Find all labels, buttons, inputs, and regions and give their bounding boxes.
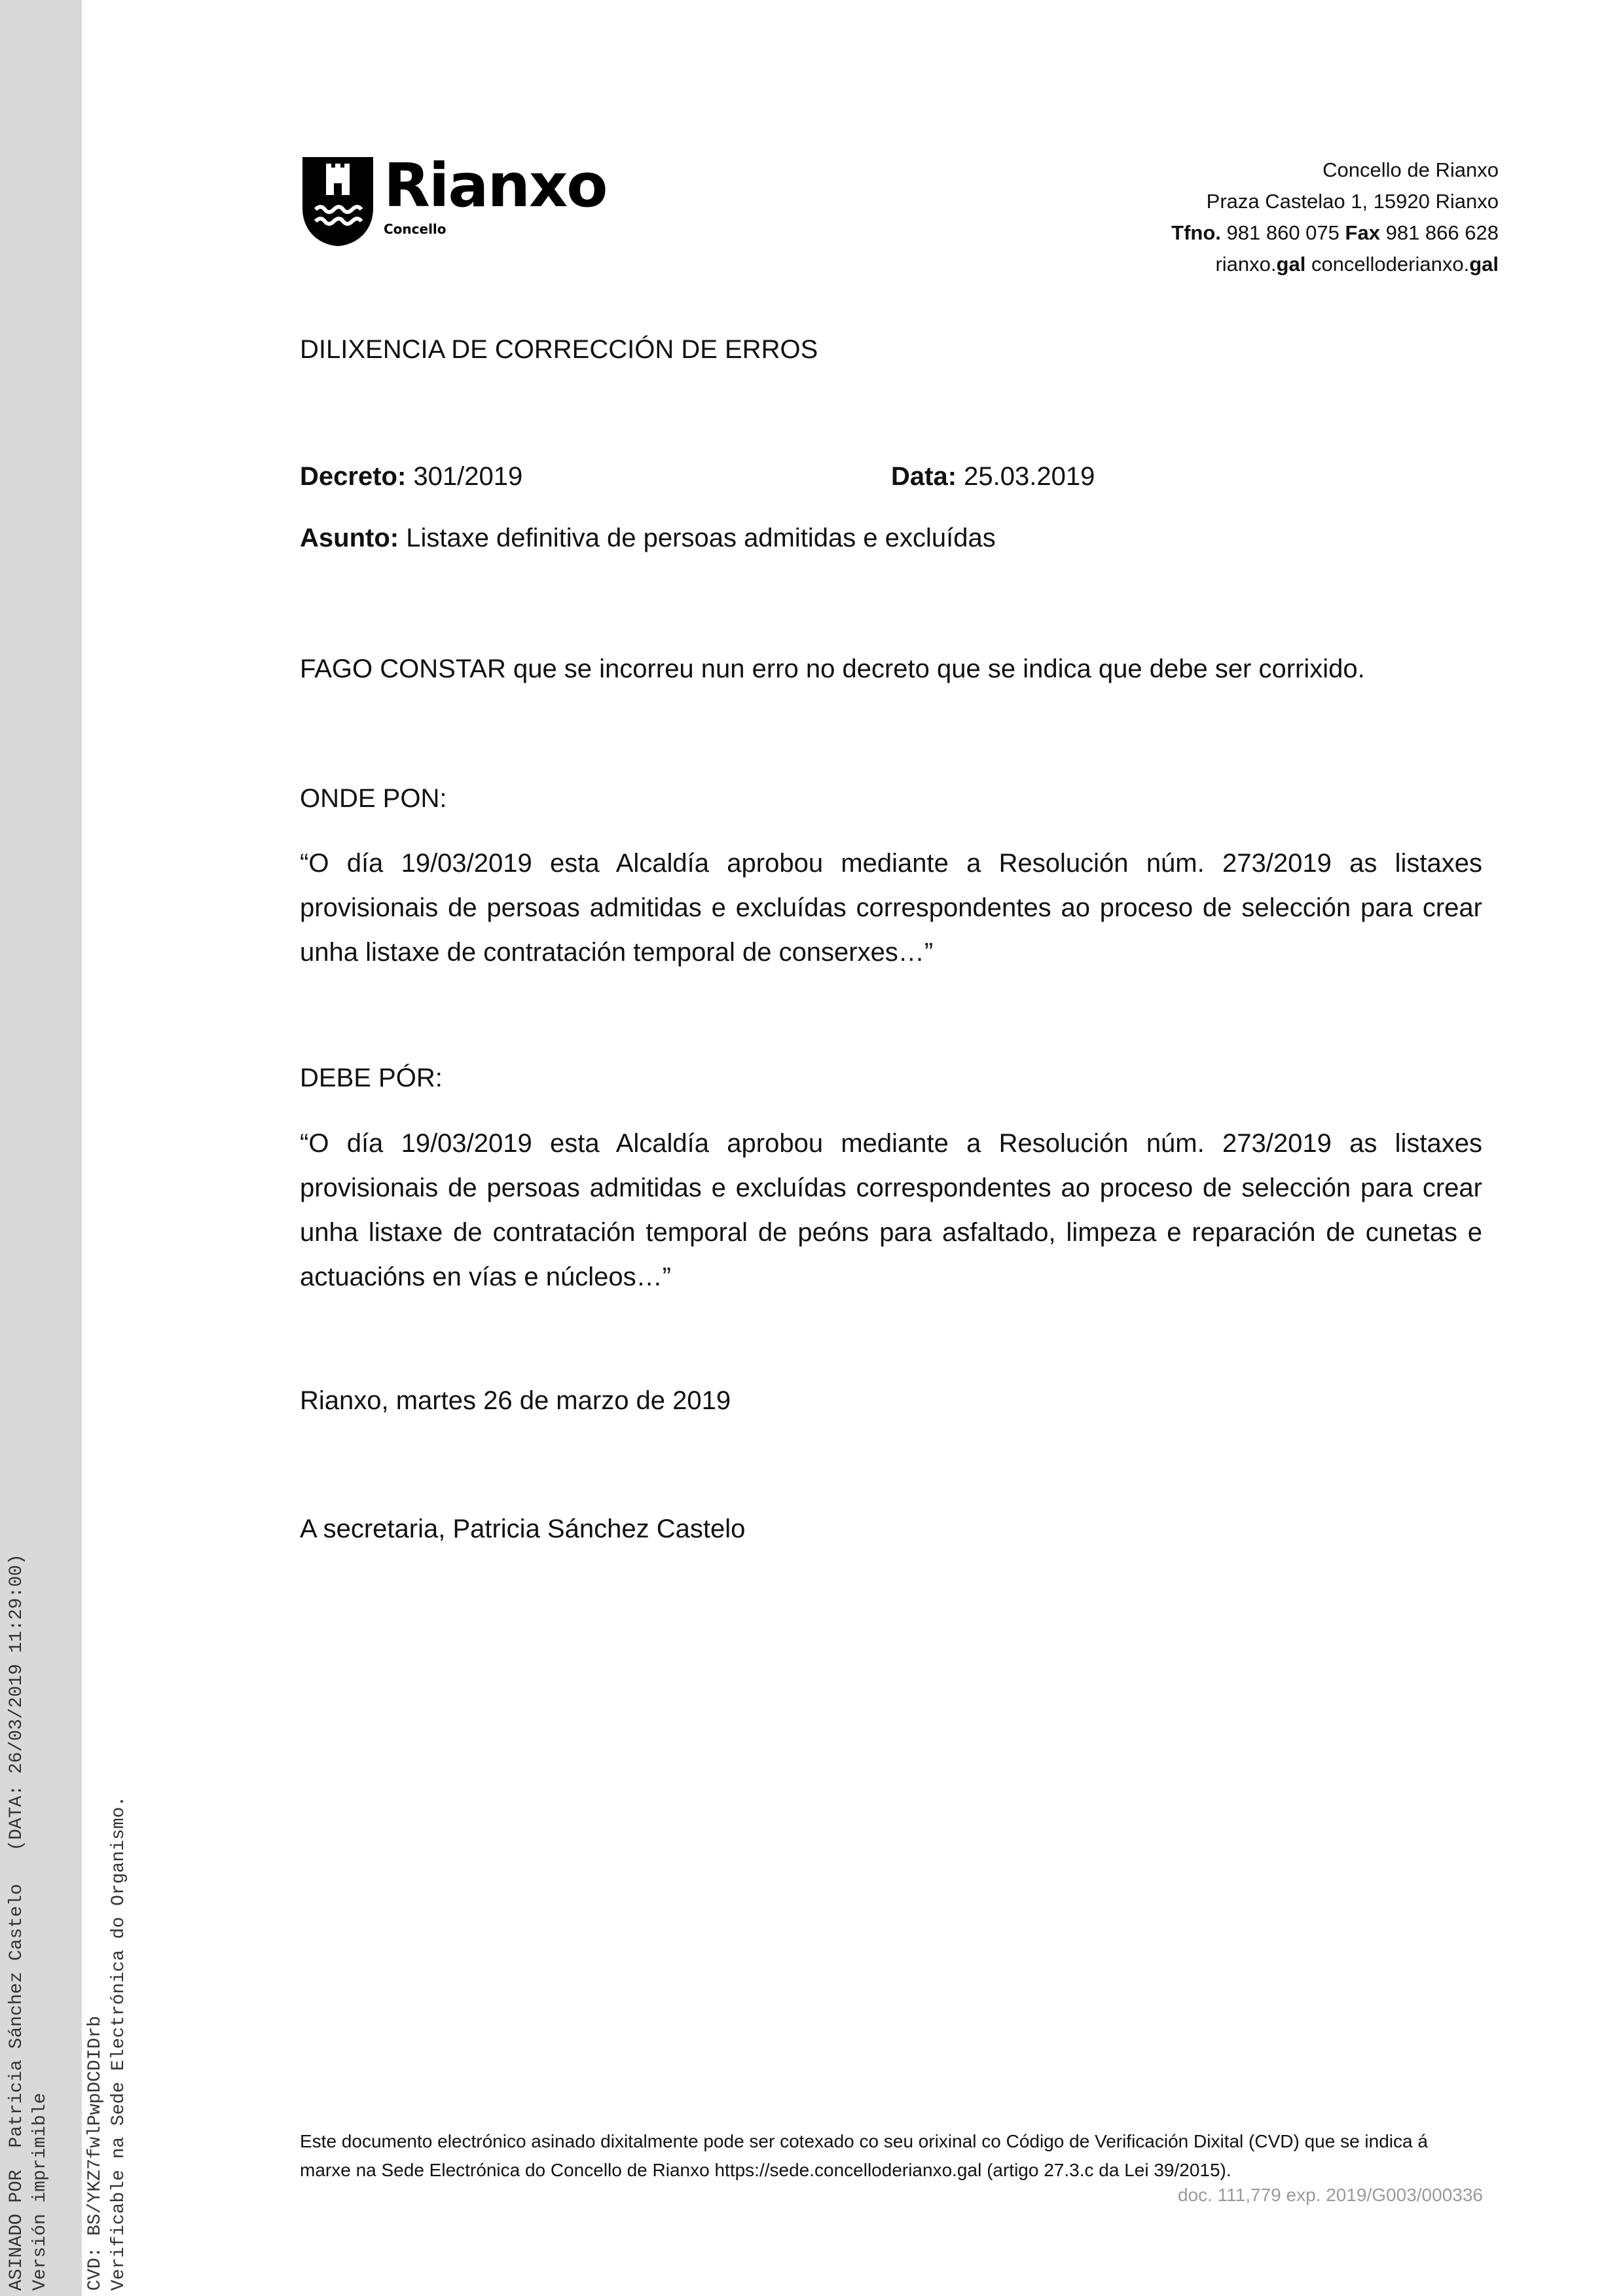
place-date: Rianxo, martes 26 de marzo de 2019	[300, 1386, 1482, 1416]
org-name: Concello de Rianxo	[1171, 154, 1499, 186]
statement: FAGO CONSTAR que se incorreu nun erro no…	[300, 655, 1482, 684]
cvd-code: CVD: BS/YKZ7fwlPwpDCDIDrb	[85, 2016, 105, 2291]
logo-name: Rianxo	[384, 156, 607, 216]
org-websites: rianxo.gal concelloderianxo.gal	[1171, 249, 1499, 280]
rianxo-logo: Rianxo Concello	[301, 156, 607, 247]
website-1[interactable]: rianxo.gal	[1215, 253, 1305, 276]
verification-stamp: CVD: BS/YKZ7fwlPwpDCDIDrb Verificable na…	[84, 1796, 131, 2291]
shield-castle-icon	[301, 156, 374, 247]
phone-number: 981 860 075	[1227, 221, 1340, 244]
logo-subtitle: Concello	[384, 221, 607, 237]
debe-por-text: “O día 19/03/2019 esta Alcaldía aprobou …	[300, 1121, 1482, 1299]
decree-date: Data: 25.03.2019	[891, 462, 1482, 492]
signer: A secretaria, Patricia Sánchez Castelo	[300, 1515, 1482, 1544]
signature-stamp: ASINADO POR Patricia Sánchez Castelo (DA…	[5, 1554, 52, 2291]
document-title: DILIXENCIA DE CORRECCIÓN DE ERROS	[300, 335, 1482, 365]
decree-meta: Decreto: 301/2019 Data: 25.03.2019	[300, 462, 1482, 492]
subject: Asunto: Listaxe definitiva de persoas ad…	[300, 524, 1482, 553]
onde-pon-heading: ONDE PON:	[300, 784, 1482, 814]
org-street: Praza Castelao 1, 15920 Rianxo	[1171, 186, 1499, 217]
org-contact: Tfno. 981 860 075 Fax 981 866 628	[1171, 217, 1499, 249]
fax-number: 981 866 628	[1386, 221, 1499, 244]
website-2[interactable]: concelloderianxo.gal	[1311, 253, 1499, 276]
debe-por-heading: DEBE PÓR:	[300, 1064, 1482, 1093]
phone-label: Tfno.	[1171, 221, 1221, 244]
printable-version-label: Versión imprimible	[30, 2093, 50, 2291]
document-reference: doc. 111,779 exp. 2019/G003/000336	[1178, 2185, 1483, 2206]
verification-notice: Este documento electrónico asinado dixit…	[300, 2127, 1482, 2185]
fax-label: Fax	[1345, 221, 1380, 244]
signature-line: ASINADO POR Patricia Sánchez Castelo (DA…	[7, 1554, 27, 2291]
organization-address: Concello de Rianxo Praza Castelao 1, 159…	[1171, 154, 1499, 280]
onde-pon-text: “O día 19/03/2019 esta Alcaldía aprobou …	[300, 841, 1482, 975]
verifiable-note: Verificable na Sede Electrónica do Organ…	[109, 1796, 129, 2291]
decree-number: Decreto: 301/2019	[300, 462, 891, 492]
